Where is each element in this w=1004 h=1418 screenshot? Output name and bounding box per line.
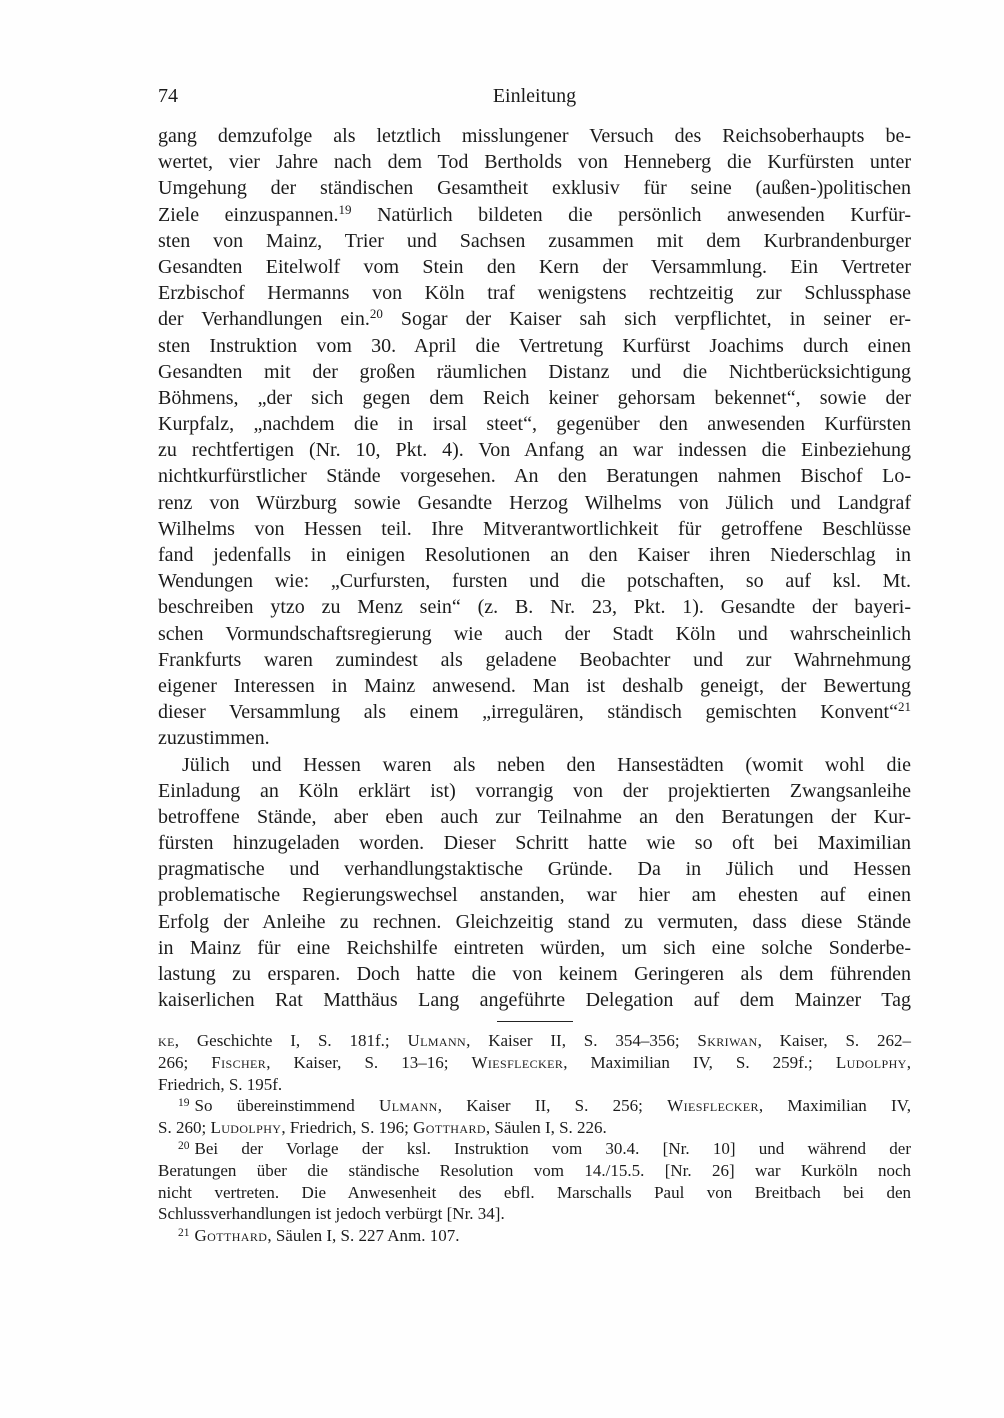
footnote-line: Schlussverhandlungen ist jedoch verbürgt… xyxy=(158,1203,911,1225)
text-line: betroffene Stände, aber eben auch zur Te… xyxy=(158,804,911,830)
text-line: Ziele einzuspannen.19 Natürlich bildeten… xyxy=(158,202,911,228)
book-page: 74 Einleitung gang demzufolge als letztl… xyxy=(0,0,1004,1418)
text-line: dieser Versammlung als einem „irreguläre… xyxy=(158,699,911,725)
running-header: Einleitung xyxy=(278,84,791,108)
footnote-number: 20 xyxy=(178,1140,190,1152)
page-header: 74 Einleitung xyxy=(158,84,911,108)
page-number: 74 xyxy=(158,84,278,108)
text-line: zuzustimmen. xyxy=(158,725,911,751)
text-line: Böhmens, „der sich gegen dem Reich keine… xyxy=(158,385,911,411)
footnote-21: 21Gotthard, Säulen I, S. 227 Anm. 107. xyxy=(158,1225,911,1247)
footnote-ref-19: 19 xyxy=(339,202,352,217)
footnote-number: 19 xyxy=(178,1097,190,1109)
text-line: in Mainz für eine Reichshilfe eintreten … xyxy=(158,935,911,961)
text-line: Gesandten mit der großen räumlichen Dist… xyxy=(158,359,911,385)
footnote-line: nicht vertreten. Die Anwesenheit des ebf… xyxy=(158,1182,911,1204)
footnote-ref-21: 21 xyxy=(898,699,911,714)
text-line: renz von Würzburg sowie Gesandte Herzog … xyxy=(158,490,911,516)
text-line: sten Instruktion vom 30. April die Vertr… xyxy=(158,333,911,359)
text-line: Wilhelms von Hessen teil. Ihre Mitverant… xyxy=(158,516,911,542)
footnote-line: S. 260; Ludolphy, Friedrich, S. 196; Got… xyxy=(158,1117,911,1139)
footnote-ref-20: 20 xyxy=(370,306,383,321)
text-line: Umgehung der ständischen Gesamtheit exkl… xyxy=(158,175,911,201)
footnotes-block: ke, Geschichte I, S. 181f.; Ulmann, Kais… xyxy=(158,1030,911,1246)
text-line: schen Vormundschaftsregierung wie auch d… xyxy=(158,621,911,647)
text-line: Einladung an Köln erklärt ist) vorrangig… xyxy=(158,778,911,804)
text-line: kaiserlichen Rat Matthäus Lang angeführt… xyxy=(158,987,911,1013)
text-line: problematische Regierungswechsel anstand… xyxy=(158,882,911,908)
text-line-paragraph-start: Jülich und Hessen waren als neben den Ha… xyxy=(158,752,911,778)
text-line: fand jedenfalls in einigen Resolutionen … xyxy=(158,542,911,568)
text-line: beschreiben ytzo zu Menz sein“ (z. B. Nr… xyxy=(158,594,911,620)
text-line: wertet, vier Jahre nach dem Tod Berthold… xyxy=(158,149,911,175)
footnote-number: 21 xyxy=(178,1227,190,1239)
text-line: sten von Mainz, Trier und Sachsen zusamm… xyxy=(158,228,911,254)
text-line: nichtkurfürstlicher Stände vorgesehen. A… xyxy=(158,463,911,489)
text-line: Erzbischof Hermanns von Köln traf wenigs… xyxy=(158,280,911,306)
text-line: gang demzufolge als letztlich misslungen… xyxy=(158,123,911,149)
text-line: Gesandten Eitelwolf vom Stein den Kern d… xyxy=(158,254,911,280)
text-line: fürsten hinzugeladen worden. Dieser Schr… xyxy=(158,830,911,856)
footnote-separator xyxy=(497,1021,573,1022)
text-line: Frankfurts waren zumindest als geladene … xyxy=(158,647,911,673)
footnote-19: 19So übereinstimmend Ulmann, Kaiser II, … xyxy=(158,1095,911,1117)
footnote-20: 20Bei der Vorlage der ksl. Instruktion v… xyxy=(158,1138,911,1160)
footnote-line: ke, Geschichte I, S. 181f.; Ulmann, Kais… xyxy=(158,1030,911,1052)
text-line: der Verhandlungen ein.20 Sogar der Kaise… xyxy=(158,306,911,332)
text-line: eigener Interessen in Mainz anwesend. Ma… xyxy=(158,673,911,699)
text-line: Wendungen wie: „Curfursten, fursten und … xyxy=(158,568,911,594)
text-line: zu rechtfertigen (Nr. 10, Pkt. 4). Von A… xyxy=(158,437,911,463)
footnote-line: Beratungen über die ständische Resolutio… xyxy=(158,1160,911,1182)
text-line: Kurpfalz, „nachdem die in irsal steet“, … xyxy=(158,411,911,437)
text-line: pragmatische und verhandlungstaktische G… xyxy=(158,856,911,882)
footnote-line: 266; Fischer, Kaiser, S. 13–16; Wiesflec… xyxy=(158,1052,911,1074)
text-column: 74 Einleitung gang demzufolge als letztl… xyxy=(158,84,911,1246)
text-line: Erfolg der Anleihe zu rechnen. Gleichzei… xyxy=(158,909,911,935)
text-line: lastung zu ersparen. Doch hatte die von … xyxy=(158,961,911,987)
footnote-line: Friedrich, S. 195f. xyxy=(158,1074,911,1096)
body-text: gang demzufolge als letztlich misslungen… xyxy=(158,123,911,1013)
